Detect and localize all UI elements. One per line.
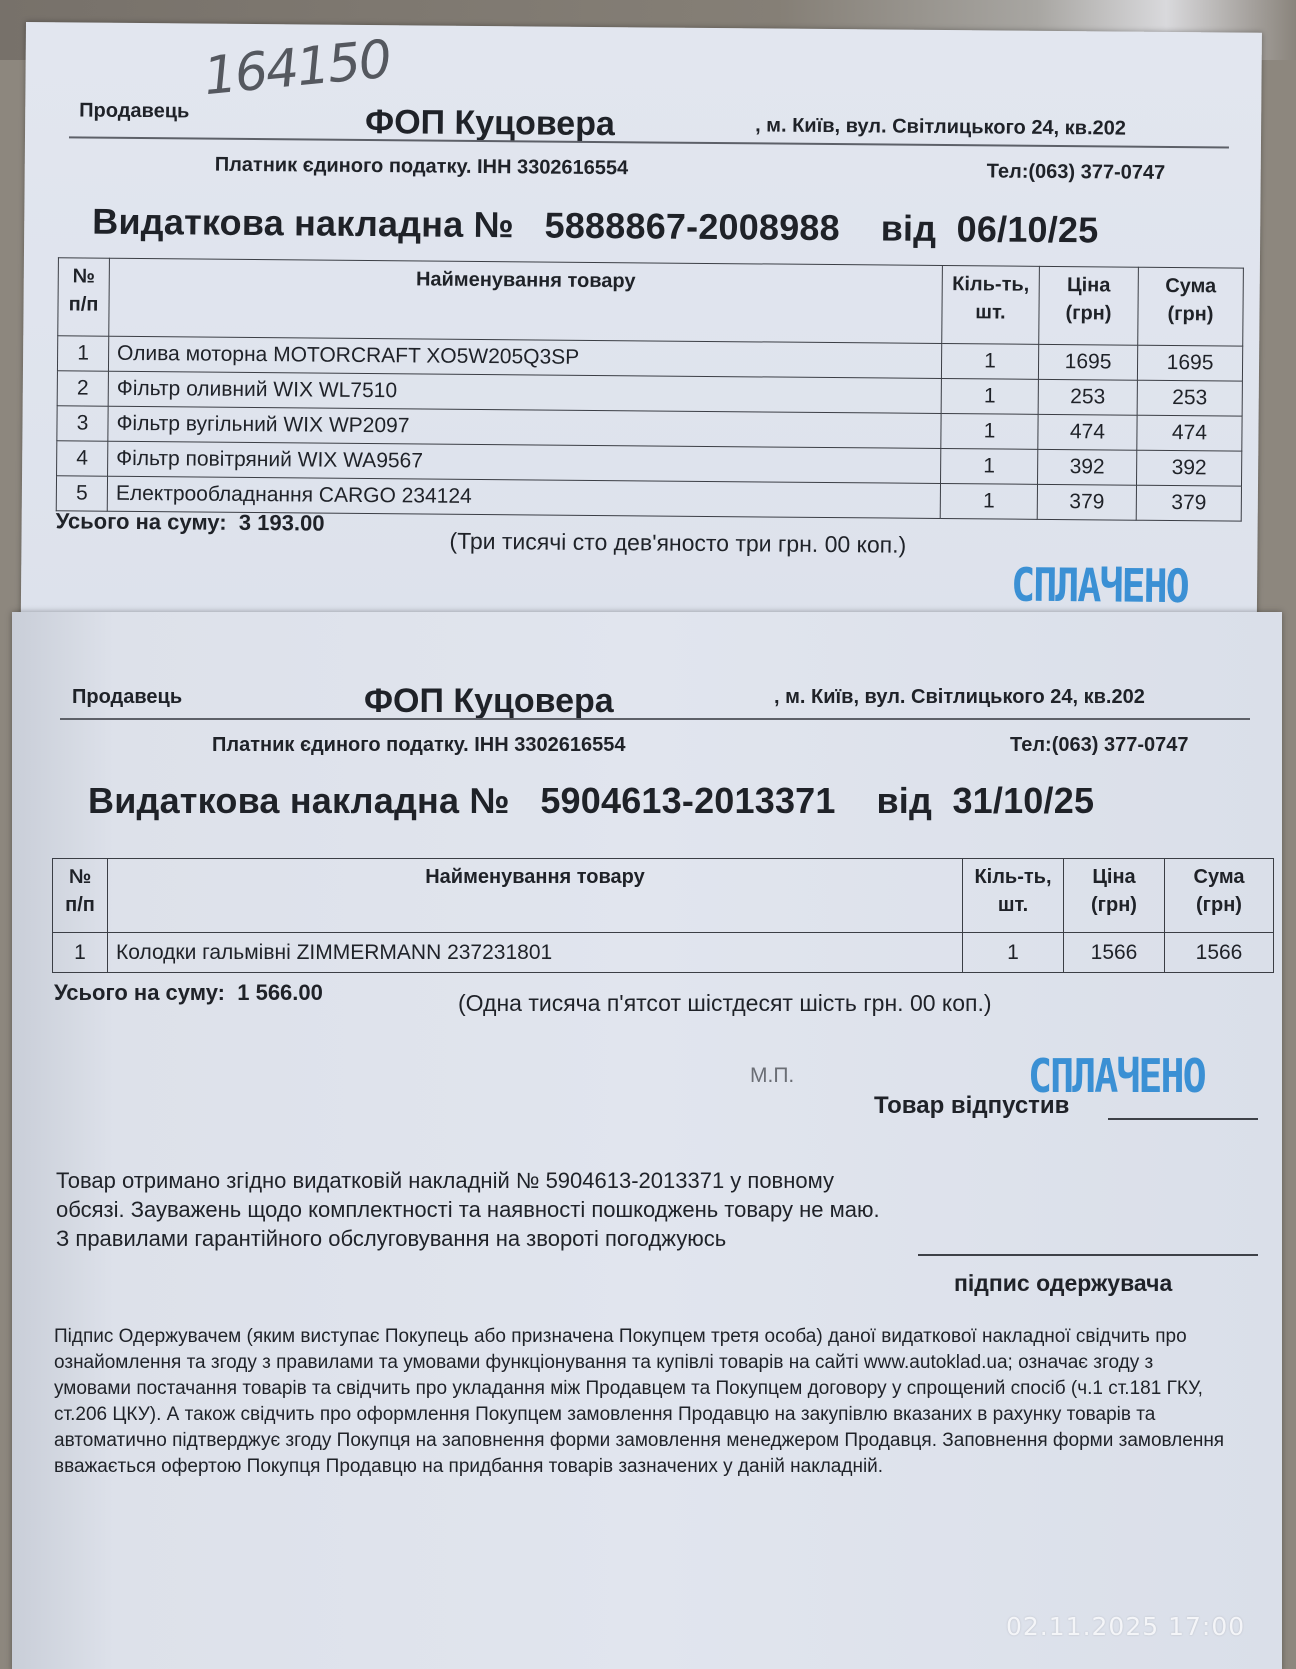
cell-qty: 1 [940, 483, 1037, 519]
invoice-date: 06/10/25 [956, 208, 1098, 250]
receiver-signature-line [918, 1254, 1258, 1256]
cell-sum: 379 [1136, 485, 1241, 521]
paid-stamp: СПЛАЧЕНО [1011, 559, 1188, 613]
cell-price: 379 [1037, 484, 1136, 520]
receiver-signature-label: підпис одержувача [954, 1270, 1172, 1297]
cell-sum: 392 [1137, 450, 1242, 486]
cell-no: 1 [53, 933, 108, 973]
invoice-number: 5904613-2013371 [540, 780, 835, 821]
seller-phone: Тел:(063) 377-0747 [1010, 734, 1188, 757]
col-name: Найменування товару [109, 258, 943, 343]
cell-price: 1566 [1064, 933, 1165, 973]
col-no: №п/п [53, 859, 108, 933]
cell-no: 1 [57, 336, 108, 371]
cell-sum: 253 [1137, 380, 1242, 416]
cell-price: 392 [1038, 449, 1137, 485]
total-label: Усього на суму: [56, 508, 227, 534]
invoice-date: 31/10/25 [952, 780, 1094, 821]
invoice-date-label: від [880, 207, 936, 248]
invoice-title-label: Видаткова накладна № [88, 780, 510, 821]
seller-label: Продавець [72, 686, 182, 709]
tax-info: Платник єдиного податку. ІНН 3302616554 [212, 734, 625, 757]
cell-no: 3 [57, 406, 108, 441]
cell-qty: 1 [941, 448, 1038, 484]
cell-price: 474 [1038, 414, 1137, 450]
cell-price: 1695 [1038, 344, 1137, 380]
invoice-sheet-2: Продавець ФОП Куцовера , м. Київ, вул. С… [12, 612, 1282, 1669]
total-row: Усього на суму: 3 193.00 [56, 508, 325, 536]
cell-sum: 1695 [1137, 345, 1242, 381]
cell-no: 4 [57, 441, 108, 476]
invoice-number: 5888867-2008988 [544, 205, 840, 249]
col-qty: Кіль-ть,шт. [942, 266, 1040, 345]
invoice-date-label: від [876, 780, 932, 821]
total-in-words: (Три тисячі сто дев'яносто три грн. 00 к… [449, 528, 906, 559]
cell-qty: 1 [941, 414, 1038, 450]
seller-phone: Тел:(063) 377-0747 [987, 160, 1166, 185]
cell-no: 2 [57, 371, 108, 406]
invoice-sheet-1: 164150 Продавець ФОП Куцовера , м. Київ,… [21, 22, 1262, 633]
legal-terms-text: Підпис Одержувачем (яким виступає Покупе… [54, 1324, 1234, 1480]
total-label: Усього на суму: [54, 980, 225, 1005]
items-table: №п/п Найменування товару Кіль-ть,шт. Цін… [56, 257, 1244, 521]
total-amount: 3 193.00 [239, 510, 325, 536]
tax-info: Платник єдиного податку. ІНН 3302616554 [215, 154, 629, 181]
cell-no: 5 [56, 476, 107, 511]
released-by-signature-line [1108, 1118, 1258, 1120]
seller-address: , м. Київ, вул. Світлицького 24, кв.202 [755, 114, 1126, 140]
table-header-row: №п/п Найменування товару Кіль-ть,шт. Цін… [53, 859, 1274, 933]
released-by-label: Товар відпустив [874, 1092, 1069, 1120]
total-row: Усього на суму: 1 566.00 [54, 980, 323, 1006]
cell-qty: 1 [941, 344, 1038, 380]
cell-name: Колодки гальмівні ZIMMERMANN 237231801 [108, 933, 963, 973]
col-price: Ціна(грн) [1039, 266, 1139, 345]
table-row: 1Колодки гальмівні ZIMMERMANN 2372318011… [53, 933, 1274, 973]
col-price: Ціна(грн) [1064, 859, 1165, 933]
col-sum: Сума(грн) [1138, 267, 1244, 346]
cell-qty: 1 [941, 379, 1038, 415]
items-table: №п/п Найменування товару Кіль-ть,шт. Цін… [52, 858, 1274, 973]
cell-sum: 1566 [1165, 933, 1274, 973]
cell-sum: 474 [1137, 415, 1242, 451]
cell-price: 253 [1038, 379, 1137, 415]
seller-address: , м. Київ, вул. Світлицького 24, кв.202 [774, 686, 1145, 709]
invoice-title: Видаткова накладна № 5904613-2013371 від… [88, 780, 1094, 822]
seller-label: Продавець [79, 99, 189, 123]
receipt-confirmation-text: Товар отримано згідно видатковій накладн… [56, 1166, 886, 1253]
header-divider [60, 718, 1250, 720]
photo-timestamp: 02.11.2025 17:00 [1006, 1612, 1245, 1641]
invoice-title-label: Видаткова накладна № [92, 201, 514, 246]
col-name: Найменування товару [108, 859, 963, 933]
cell-qty: 1 [963, 933, 1064, 973]
seller-name: ФОП Куцовера [364, 682, 614, 721]
total-amount: 1 566.00 [237, 980, 323, 1005]
col-no: №п/п [58, 258, 110, 336]
col-qty: Кіль-ть,шт. [963, 859, 1064, 933]
invoice-title: Видаткова накладна № 5888867-2008988 від… [92, 201, 1099, 252]
total-in-words: (Одна тисяча п'ятсот шістдесят шість грн… [458, 990, 992, 1017]
handwritten-note: 164150 [201, 30, 392, 108]
table-header-row: №п/п Найменування товару Кіль-ть,шт. Цін… [58, 258, 1244, 346]
seller-name: ФОП Куцовера [365, 103, 615, 144]
seal-placeholder: М.П. [750, 1064, 794, 1088]
col-sum: Сума(грн) [1165, 859, 1274, 933]
